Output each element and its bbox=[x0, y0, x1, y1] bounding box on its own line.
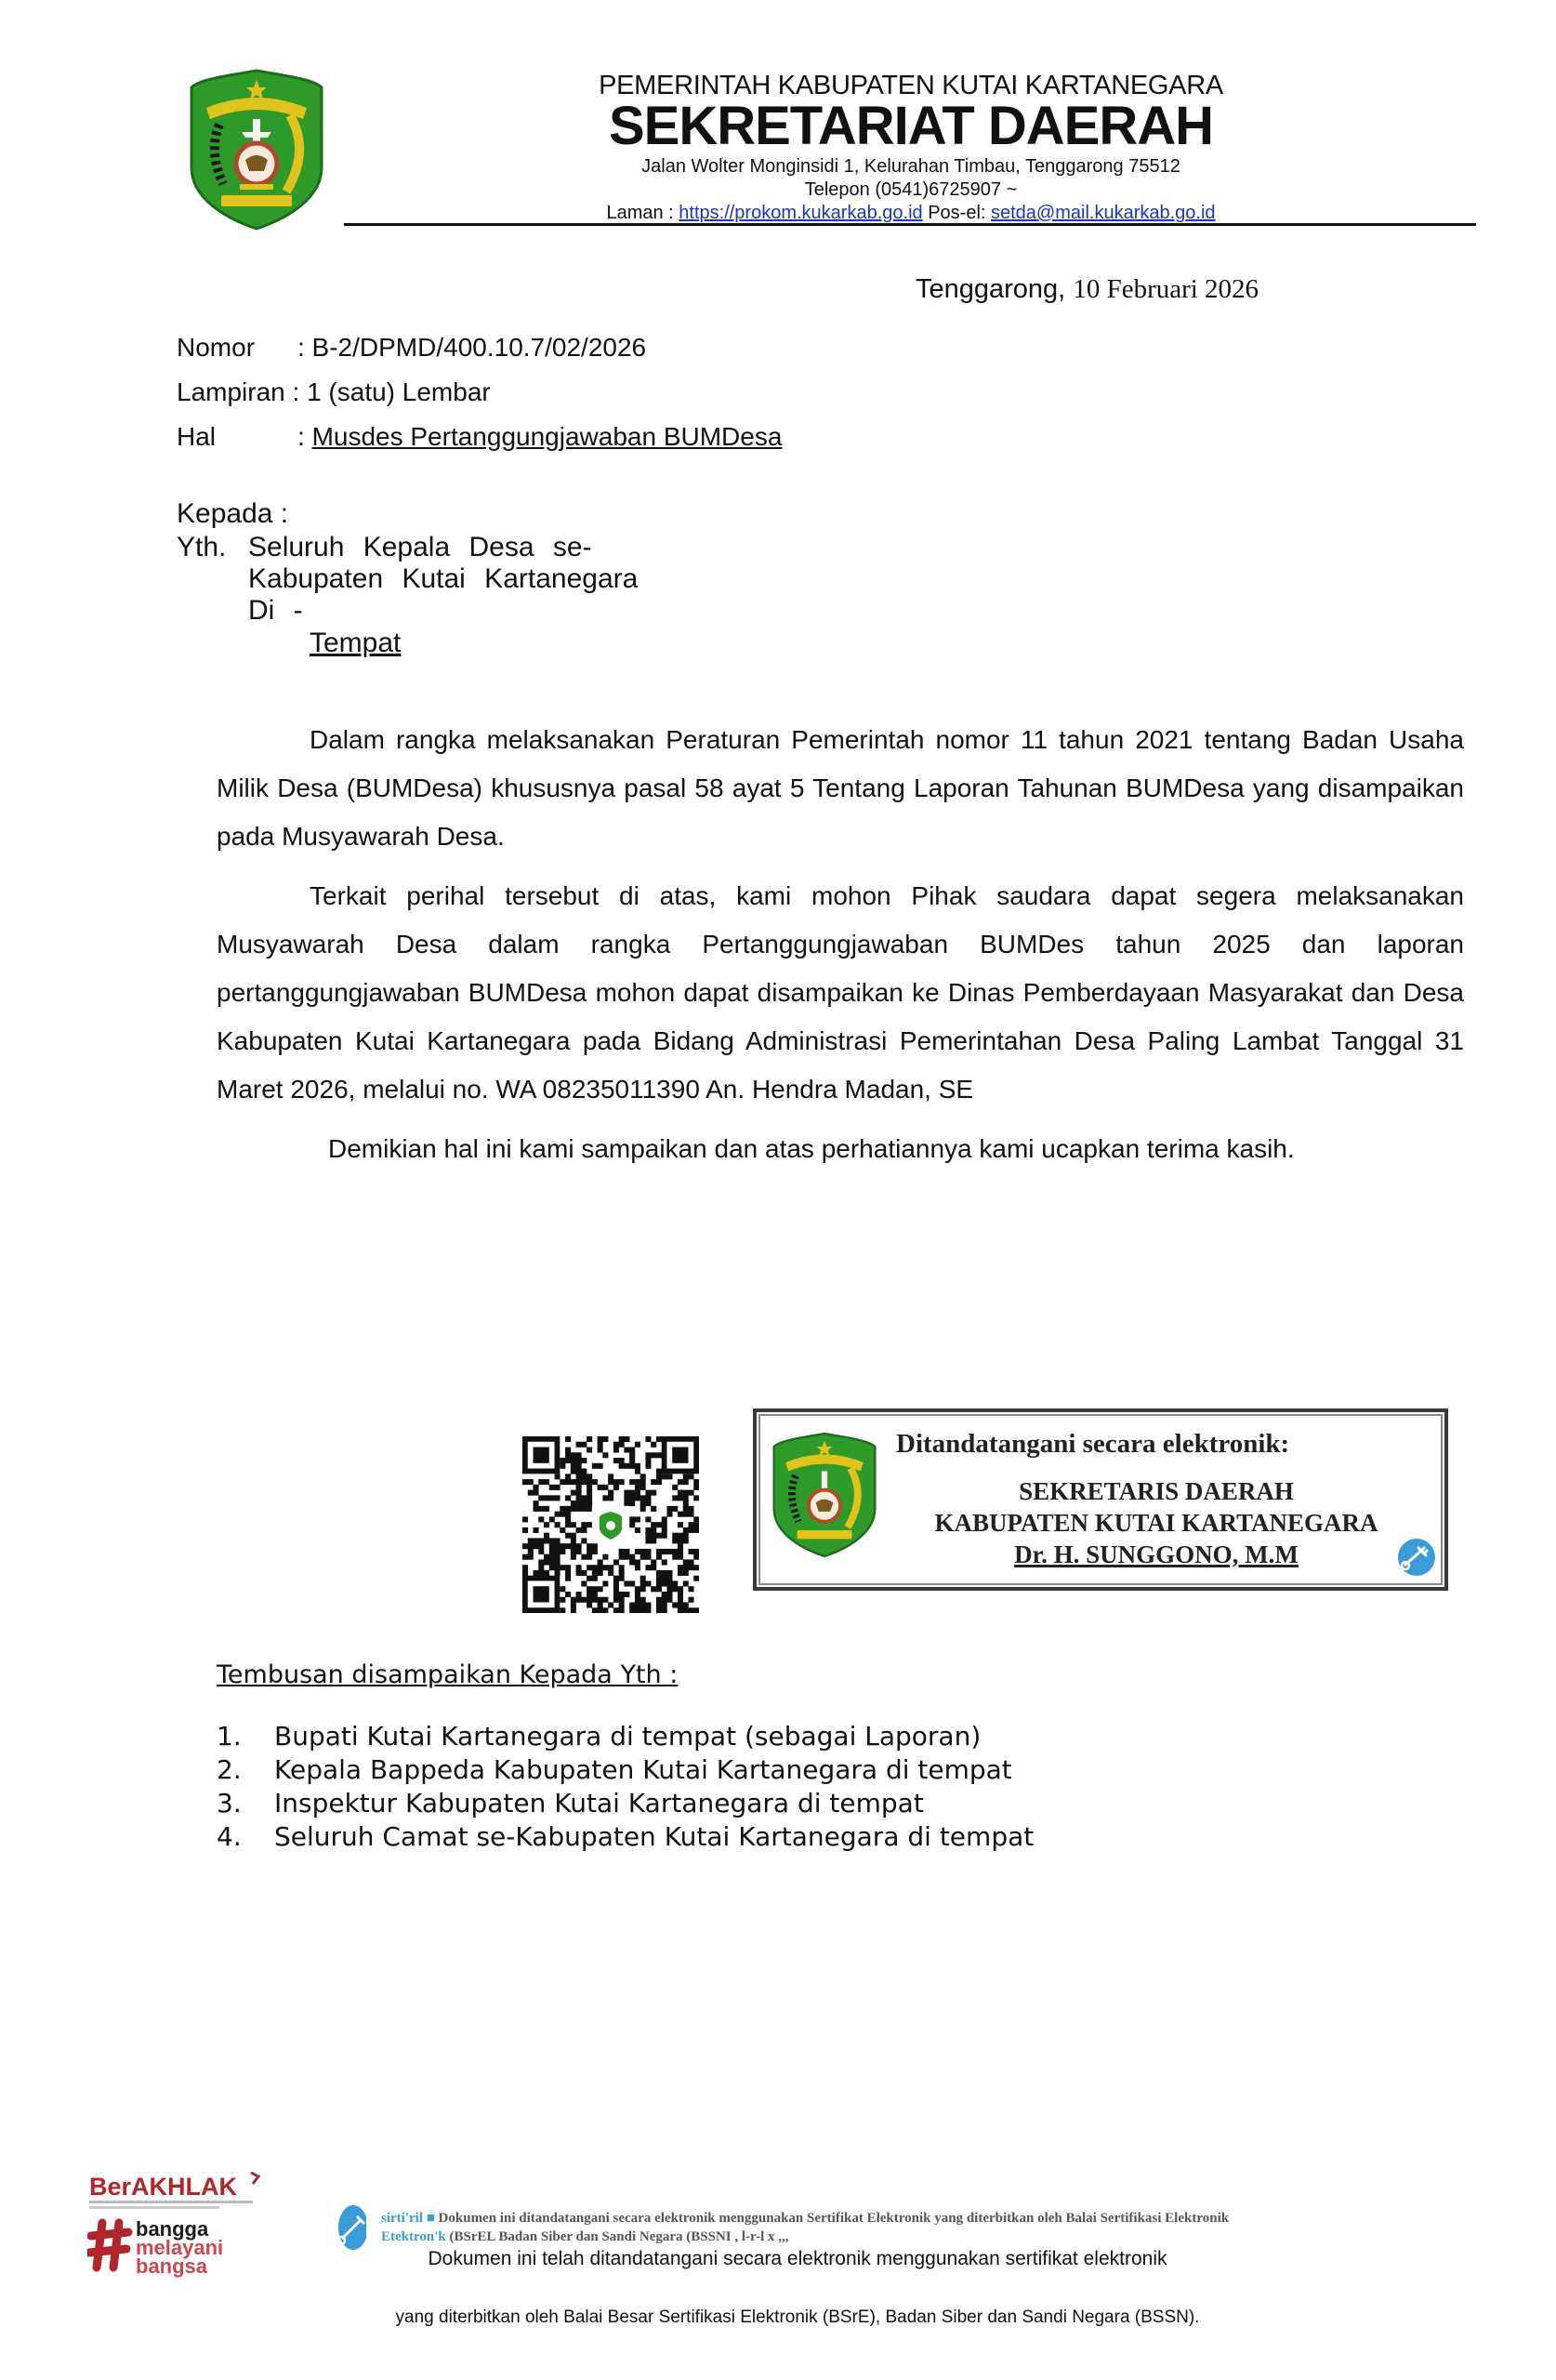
signatory-name-text: Dr. H. SUNGGONO, M.M bbox=[1014, 1540, 1299, 1568]
meta-hal: Hal: Musdes Pertanggungjawaban BUMDesa bbox=[177, 422, 782, 452]
letter-date: Tenggarong, 10 Februari 2026 bbox=[916, 274, 1259, 305]
hal-colon: : bbox=[297, 422, 312, 451]
svg-text:BerAKHLAK: BerAKHLAK bbox=[89, 2173, 238, 2201]
cc-text: Kepala Bappeda Kabupaten Kutai Kartanega… bbox=[274, 1754, 1012, 1785]
cc-number: 4. bbox=[217, 1820, 274, 1854]
bsre-key-icon bbox=[1396, 1537, 1437, 1578]
cc-number: 1. bbox=[217, 1720, 274, 1753]
nomor-label: Nomor bbox=[177, 333, 297, 363]
signature-title: Ditandatangani secara elektronik: bbox=[896, 1429, 1289, 1460]
body-paragraph: Terkait perihal tersebut di atas, kami m… bbox=[217, 872, 1464, 1114]
bsre-tag: Etektron'k bbox=[381, 2229, 446, 2244]
body-paragraph: Dalam rangka melaksanakan Peraturan Peme… bbox=[217, 716, 1464, 861]
bsre-notice-small: sirti'ril ■ Dokumen ini ditandatangani s… bbox=[381, 2209, 1229, 2246]
website-link[interactable]: https://prokom.kukarkab.go.id bbox=[679, 203, 922, 223]
cc-item: 1.Bupati Kutai Kartanegara di tempat (se… bbox=[217, 1720, 1034, 1753]
email-label: Pos-el: bbox=[923, 203, 991, 223]
meta-nomor: Nomor: B-2/DPMD/400.10.7/02/2026 bbox=[177, 333, 646, 363]
cc-text: Inspektur Kabupaten Kutai Kartanegara di… bbox=[274, 1788, 924, 1818]
letterhead-office: SEKRETARIAT DAERAH bbox=[344, 97, 1478, 156]
cc-number: 2. bbox=[217, 1753, 274, 1787]
letterhead-address: Jalan Wolter Monginsidi 1, Kelurahan Tim… bbox=[344, 156, 1478, 178]
letterhead-contact: Laman : https://prokom.kukarkab.go.id Po… bbox=[344, 203, 1478, 224]
bsre-key-icon bbox=[333, 2203, 366, 2252]
footer-notice-line-2: yang diterbitkan oleh Balai Besar Sertif… bbox=[0, 2307, 1556, 2328]
recipient-line: Kabupaten Kutai Kartanegara bbox=[248, 563, 638, 595]
lampiran-label: Lampiran bbox=[177, 377, 285, 407]
bsre-tag: sirti'ril ■ bbox=[381, 2211, 435, 2226]
letterhead-divider bbox=[344, 223, 1476, 226]
bsre-text: Dokumen ini ditandatangani secara elektr… bbox=[435, 2211, 1229, 2226]
cc-title: Tembusan disampaikan Kepada Yth : bbox=[217, 1660, 678, 1689]
date-value: 10 Februari 2026 bbox=[1073, 274, 1259, 304]
hal-value: Musdes Pertanggungjawaban BUMDesa bbox=[312, 422, 783, 451]
email-link[interactable]: setda@mail.kukarkab.go.id bbox=[991, 203, 1216, 223]
coat-of-arms-logo bbox=[186, 67, 327, 232]
meta-lampiran: Lampiran : 1 (satu) Lembar bbox=[177, 377, 491, 407]
letterhead-phone: Telepon (0541)6725907 ~ bbox=[344, 179, 1478, 201]
cc-item: 2.Kepala Bappeda Kabupaten Kutai Kartane… bbox=[217, 1753, 1034, 1787]
cc-item: 4.Seluruh Camat se-Kabupaten Kutai Karta… bbox=[217, 1820, 1034, 1854]
qr-code-graphic bbox=[522, 1436, 699, 1613]
qr-code-icon[interactable] bbox=[522, 1436, 699, 1613]
web-label: Laman : bbox=[606, 203, 679, 223]
shield-emblem-icon bbox=[186, 67, 327, 232]
recipient-heading: Kepada : bbox=[177, 498, 288, 530]
cc-number: 3. bbox=[217, 1787, 274, 1820]
lampiran-value: : 1 (satu) Lembar bbox=[285, 377, 491, 406]
signatory-name: Dr. H. SUNGGONO, M.M bbox=[887, 1540, 1426, 1569]
cc-item: 3.Inspektur Kabupaten Kutai Kartanegara … bbox=[217, 1787, 1034, 1820]
cc-text: Seluruh Camat se-Kabupaten Kutai Kartane… bbox=[274, 1821, 1034, 1852]
signatory-region: KABUPATEN KUTAI KARTANEGARA bbox=[887, 1509, 1426, 1538]
shield-emblem-icon bbox=[770, 1425, 879, 1565]
electronic-signature-stamp: Ditandatangani secara elektronik: SEKRET… bbox=[753, 1408, 1448, 1591]
cc-list: 1.Bupati Kutai Kartanegara di tempat (se… bbox=[217, 1720, 1034, 1854]
date-place: Tenggarong, bbox=[916, 274, 1065, 304]
hal-label: Hal bbox=[177, 422, 297, 452]
bsre-text: (BSrEL Badan Siber dan Sandi Negara (BSS… bbox=[446, 2229, 789, 2244]
nomor-value: : B-2/DPMD/400.10.7/02/2026 bbox=[297, 333, 646, 362]
footer-notice-line-1: Dokumen ini telah ditandatangani secara … bbox=[0, 2248, 1556, 2270]
cc-text: Bupati Kutai Kartanegara di tempat (seba… bbox=[274, 1721, 981, 1752]
signatory-position: SEKRETARIS DAERAH bbox=[887, 1477, 1426, 1506]
recipient-line: Seluruh Kepala Desa se- bbox=[248, 532, 592, 563]
recipient-salutation: Yth. bbox=[177, 532, 226, 563]
recipient-place: Tempat bbox=[310, 628, 401, 659]
recipient-line: Di - bbox=[248, 595, 303, 627]
closing-paragraph: Demikian hal ini kami sampaikan dan atas… bbox=[217, 1125, 1464, 1173]
